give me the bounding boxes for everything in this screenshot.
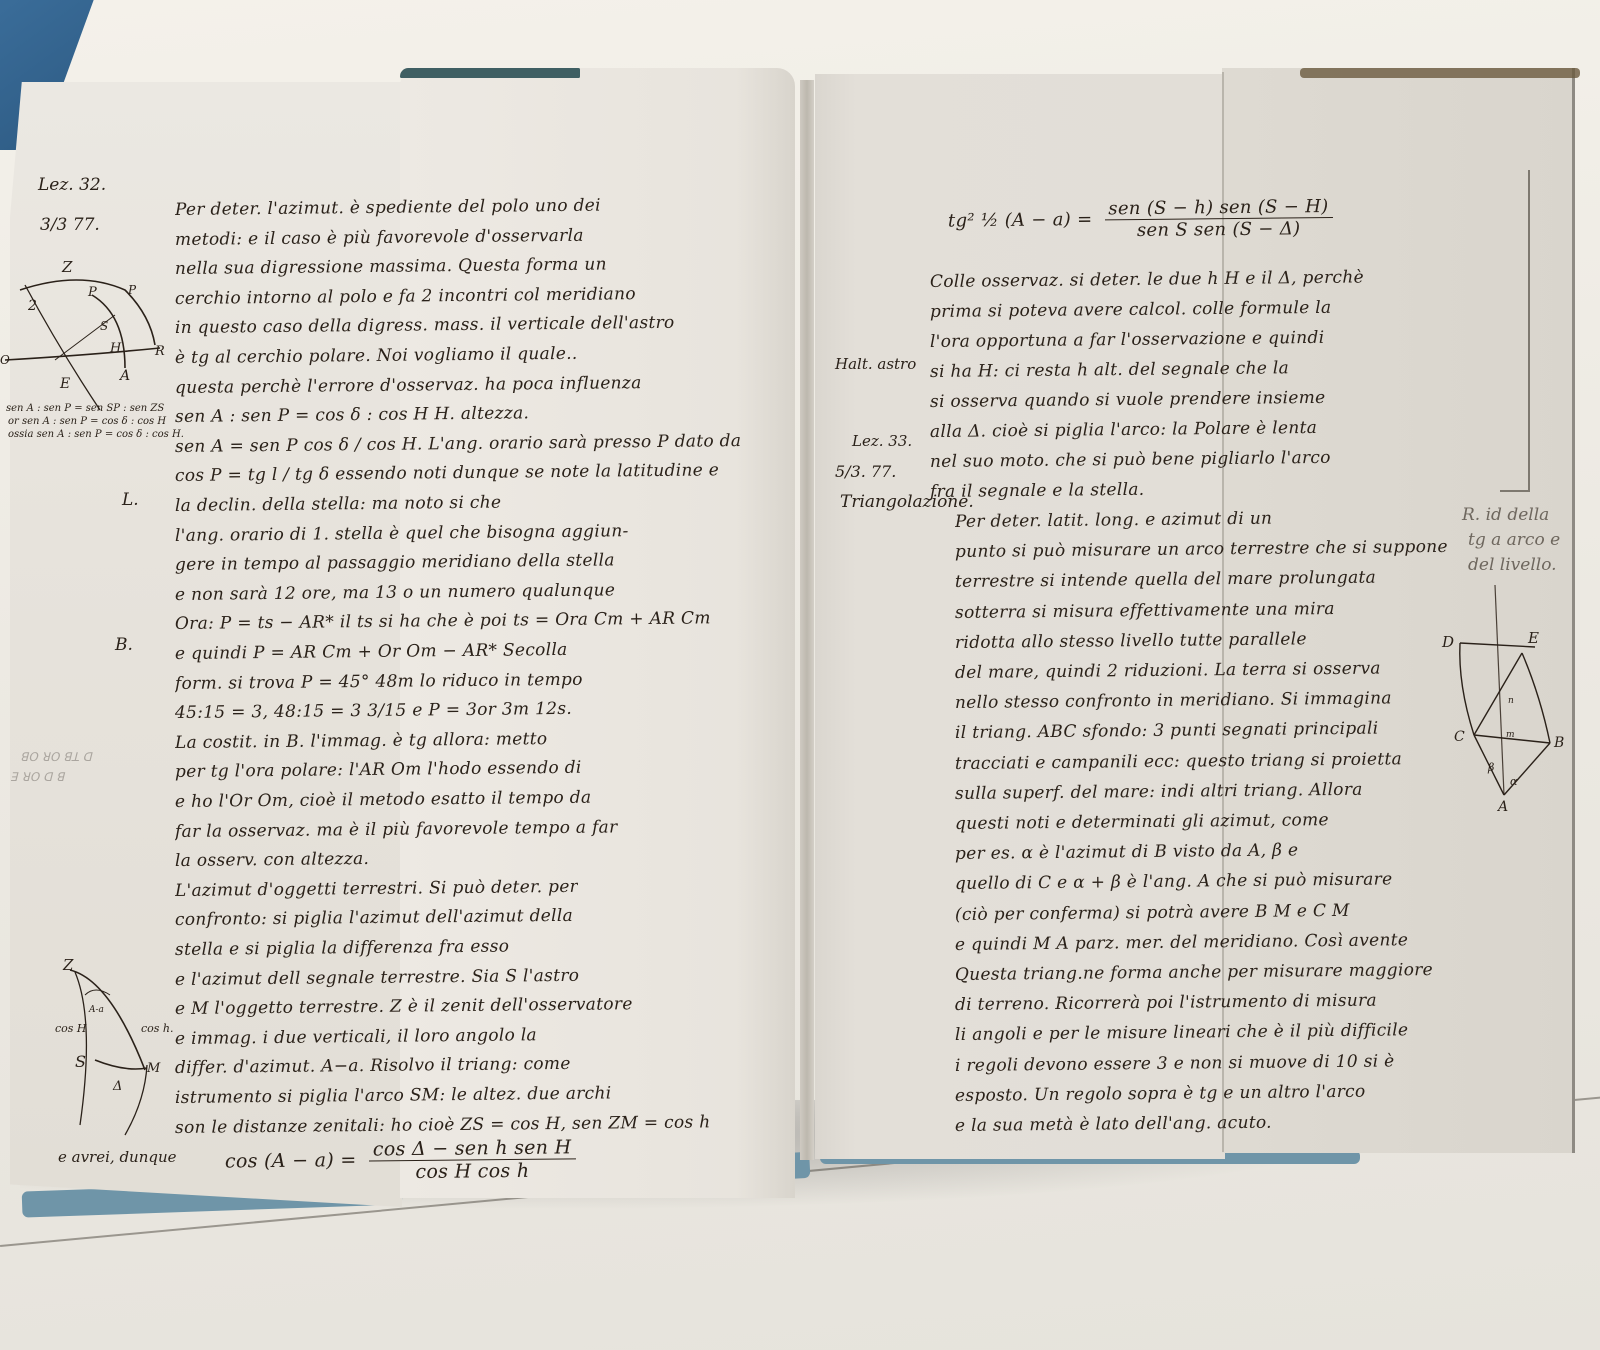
svg-text:m: m [1506, 730, 1515, 740]
formula-lhs: tg² ½ (A − a) = [948, 209, 1093, 232]
ink-bleed-through: ꓭꓳ ꓤꓳ ꓭꓕ ꓷ [20, 750, 92, 764]
formula-numerator: cos Δ − sen h sen H [369, 1136, 576, 1161]
formula-fraction: sen (S − h) sen (S − H) sen S sen (S − Δ… [1104, 196, 1333, 241]
handwritten-line: la osserv. con altezza. [175, 849, 369, 871]
svg-text:D: D [1441, 633, 1454, 651]
diagram-label-Z: Z [61, 258, 73, 276]
handwritten-line: e immag. i due verticali, il loro angolo… [175, 1025, 537, 1049]
lecture-number-right: Lez. 33. [852, 432, 912, 450]
svg-text:2: 2 [27, 298, 37, 314]
final-formula: cos (A − a) = cos Δ − sen h sen H cos H … [225, 1136, 582, 1185]
svg-text:R: R [154, 344, 165, 359]
svg-text:E: E [1527, 629, 1539, 647]
handwritten-line: esposto. Un regolo sopra è tg e un altro… [955, 1081, 1366, 1105]
formula-denominator: sen S sen (S − Δ) [1137, 218, 1301, 241]
top-formula: tg² ½ (A − a) = sen (S − h) sen (S − H) … [948, 196, 1339, 243]
lecture-number-left: Lez. 32. [38, 175, 106, 195]
handwritten-line: e quindi P = AR Cm + Or Om − AR* Secolla [175, 640, 568, 664]
handwritten-line: l'ora opportuna a far l'osservazione e q… [930, 328, 1325, 352]
binding-spine [800, 80, 814, 1160]
margin-label-B: B. [115, 635, 133, 655]
svg-text:O: O [0, 353, 10, 367]
margin-bottom-note: e avrei, dunque [58, 1148, 177, 1166]
svg-text:A-a: A-a [88, 1005, 104, 1015]
handwritten-line: ridotta allo stesso livello tutte parall… [955, 629, 1307, 653]
handwritten-line: e la sua metà è lato dell'ang. acuto. [955, 1113, 1272, 1136]
handwritten-line: questi noti e determinati gli azimut, co… [955, 810, 1329, 834]
handwritten-line: si osserva quando si vuole prendere insi… [930, 388, 1326, 412]
handwritten-line: La costit. in B. l'immag. è tg allora: m… [175, 729, 548, 753]
handwritten-line: la declin. della stella: ma noto si che [175, 493, 501, 516]
margin-formula-3: ossia sen A : sen P = cos δ : cos H. [8, 429, 184, 440]
lecture-date-right: 5/3. 77. [835, 462, 896, 481]
handwritten-line: si ha H: ci resta h alt. del segnale che… [930, 358, 1289, 382]
handwritten-line: per es. α è l'azimut di B visto da A, β … [955, 841, 1299, 865]
ruled-margin-frame [1500, 170, 1530, 492]
handwritten-line: e l'azimut dell segnale terrestre. Sia S… [175, 965, 579, 989]
handwritten-line: sulla superf. del mare: indi altri trian… [955, 780, 1363, 804]
svg-text:C: C [1454, 729, 1465, 745]
handwritten-line: è tg al cerchio polare. Noi vogliamo il … [175, 344, 578, 368]
celestial-sphere-diagram: Z 2 P P S H R A E O [0, 260, 170, 410]
handwritten-line: sen A : sen P = cos δ : cos H H. altezza… [175, 403, 529, 427]
svg-text:Z: Z [62, 956, 74, 974]
formula-denominator: cos H cos h [415, 1160, 529, 1183]
handwritten-line: (ciò per conferma) si potrà avere B M e … [955, 900, 1350, 924]
svg-text:β: β [1487, 761, 1494, 774]
handwritten-line: L'azimut d'oggetti terrestri. Si può det… [175, 877, 578, 901]
pencil-note-line-2: tg a arco e [1468, 530, 1560, 550]
svg-text:A: A [1496, 799, 1508, 815]
lecture-date-left: 3/3 77. [40, 215, 100, 235]
formula-numerator: sen (S − h) sen (S − H) [1104, 196, 1332, 220]
handwritten-line: fra il segnale e la stella. [930, 480, 1145, 502]
margin-formula-2: or sen A : sen P = cos δ : cos H [8, 416, 166, 427]
svg-text:S: S [100, 319, 108, 333]
svg-text:P: P [87, 285, 97, 300]
margin-label-L: L. [122, 490, 139, 510]
handwritten-line: sotterra si misura effettivamente una mi… [955, 599, 1335, 623]
formula-fraction: cos Δ − sen h sen H cos H cos h [369, 1136, 576, 1183]
handwritten-line: metodi: e il caso è più favorevole d'oss… [175, 225, 584, 249]
svg-text:cos h.: cos h. [141, 1022, 174, 1035]
handwritten-line: far la osservaz. ma è il più favorevole … [175, 817, 618, 842]
svg-text:E: E [59, 376, 70, 392]
svg-text:B: B [1553, 735, 1564, 751]
handwritten-line: tracciati e campanili ecc: questo triang… [955, 749, 1402, 774]
handwritten-line: nel suo moto. che si può bene pigliarlo … [930, 448, 1331, 472]
svg-text:n: n [1508, 696, 1514, 706]
formula-lhs: cos (A − a) = [225, 1149, 357, 1172]
svg-text:α: α [1510, 775, 1518, 788]
pencil-note-line-1: R. id della [1462, 505, 1549, 525]
triangulation-diagram: D E C B A β α n m [1440, 575, 1590, 795]
svg-text:S: S [75, 1052, 86, 1071]
handwritten-line: prima si poteva avere calcol. colle form… [930, 298, 1332, 322]
handwritten-line: i regoli devono essere 3 e non si muove … [955, 1051, 1395, 1076]
azimuth-triangle-diagram: Z A-a cos H cos h. S M Δ [55, 950, 185, 1130]
svg-text:Δ: Δ [112, 1079, 122, 1094]
handwritten-line: l'ang. orario di 1. stella è quel che bi… [175, 521, 629, 546]
page-edge-stain [1300, 68, 1580, 78]
handwritten-line: stella e si piglia la differenza fra ess… [175, 937, 509, 960]
handwritten-line: alla Δ. cioè si piglia l'arco: la Polare… [930, 418, 1317, 442]
handwritten-line: form. si trova P = 45° 48m lo riduco in … [175, 669, 583, 693]
svg-text:P: P [127, 283, 137, 297]
page-edge-stain [400, 68, 580, 78]
svg-text:cos H: cos H [55, 1022, 87, 1035]
ink-bleed-through: ꓱ ꓤꓳ ꓷ ꓭ [10, 770, 64, 784]
margin-formula-1: sen A : sen P = sen SP : sen ZS [6, 403, 164, 414]
svg-text:A: A [118, 368, 130, 384]
handwritten-line: Per deter. latit. long. e azimut di un [955, 509, 1272, 532]
pencil-note-line-3: del livello. [1468, 555, 1557, 575]
margin-note-halt-astro: Halt. astro [835, 355, 916, 373]
svg-text:M: M [146, 1061, 161, 1076]
svg-text:H: H [109, 341, 122, 356]
